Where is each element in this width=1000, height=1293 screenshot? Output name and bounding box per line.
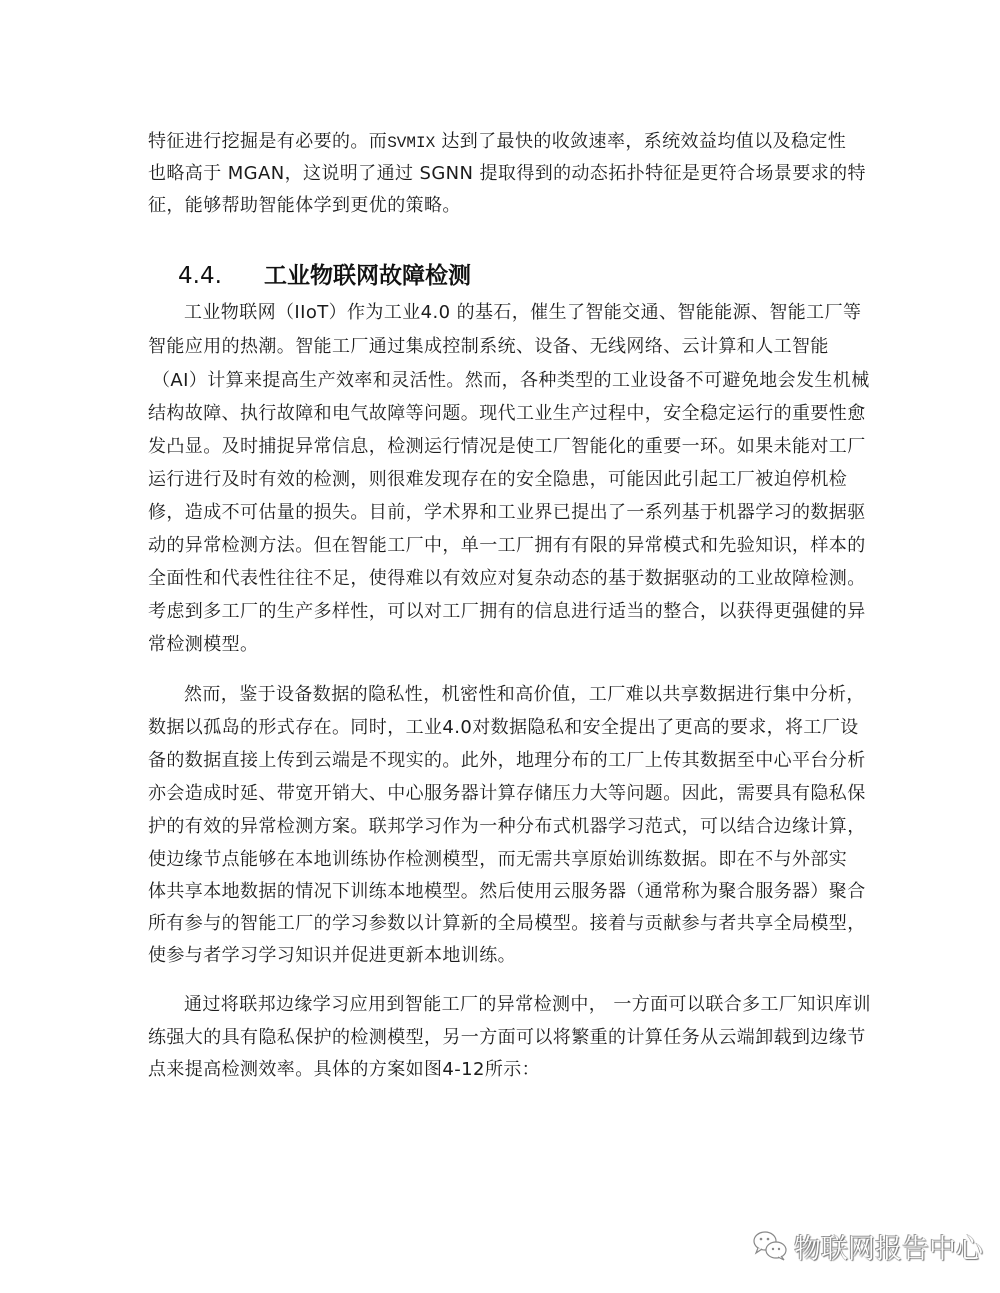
paragraph-line: 然而，鉴于设备数据的隐私性，机密性和高价值，工厂难以共享数据进行集中分析， (184, 684, 865, 706)
paragraph-line: （AI）计算来提高生产效率和灵活性。然而，各种类型的工业设备不可避免地会发生机械 (152, 370, 870, 392)
paragraph-line: 通过将联邦边缘学习应用到智能工厂的异常检测中， 一方面可以联合多工厂知识库训 (184, 994, 871, 1016)
paragraph-line: 智能应用的热潮。智能工厂通过集成控制系统、设备、无线网络、云计算和人工智能 (148, 336, 829, 358)
paragraph-line: 练强大的具有隐私保护的检测模型，另一方面可以将繁重的计算任务从云端卸载到边缘节 (148, 1027, 866, 1049)
paragraph-line: 全面性和代表性往往不足，使得难以有效应对复杂动态的基于数据驱动的工业故障检测。 (148, 568, 866, 590)
paragraph-line: 发凸显。及时捕捉异常信息，检测运行情况是使工厂智能化的重要一环。如果未能对工厂 (148, 436, 866, 458)
watermark-text: 物联网报告中心 (794, 1227, 983, 1266)
text-segment: 达到了最快的收敛速率，系统效益均值以及稳定性 (435, 131, 846, 152)
paragraph-line: 考虑到多工厂的生产多样性，可以对工厂拥有的信息进行适当的整合，以获得更强健的异 (148, 601, 866, 623)
intro-line-3: 征，能够帮助智能体学到更优的策略。 (148, 195, 461, 217)
paragraph-line: 备的数据直接上传到云端是不现实的。此外，地理分布的工厂上传其数据至中心平台分析 (148, 750, 866, 772)
section-number: 4.4. (178, 262, 264, 290)
paragraph-line: 修，造成不可估量的损失。目前，学术界和工业界已提出了一系列基于机器学习的数据驱 (148, 502, 866, 524)
paragraph-line: 点来提高检测效率。具体的方案如图4-12所示： (148, 1059, 540, 1081)
watermark: 物联网报告中心 (752, 1226, 983, 1266)
paragraph-line: 动的异常检测方法。但在智能工厂中，单一工厂拥有有限的异常模式和先验知识，样本的 (148, 535, 866, 557)
paragraph-line: 亦会造成时延、带宽开销大、中心服务器计算存储压力大等问题。因此，需要具有隐私保 (148, 783, 866, 805)
wechat-icon (752, 1229, 788, 1263)
paragraph-line: 结构故障、执行故障和电气故障等问题。现代工业生产过程中，安全稳定运行的重要性愈 (148, 403, 866, 425)
paragraph-line: 使参与者学习学习知识并促进更新本地训练。 (148, 945, 516, 967)
paragraph-line: 运行进行及时有效的检测，则很难发现存在的安全隐患，可能因此引起工厂被迫停机检 (148, 469, 847, 491)
text-segment: 特征进行挖掘是有必要的。而 (148, 131, 387, 152)
paragraph-line: 数据以孤岛的形式存在。同时，工业4.0对数据隐私和安全提出了更高的要求，将工厂设 (148, 717, 859, 739)
intro-line-2: 也略高于 MGAN，这说明了通过 SGNN 提取得到的动态拓扑特征是更符合场景要… (148, 163, 866, 185)
paragraph-line: 常检测模型。 (148, 634, 258, 656)
paragraph-line: 使边缘节点能够在本地训练协作检测模型，而无需共享原始训练数据。即在不与外部实 (148, 849, 847, 871)
section-title: 工业物联网故障检测 (264, 263, 471, 289)
section-heading: 4.4.工业物联网故障检测 (178, 262, 471, 290)
paragraph-line: 体共享本地数据的情况下训练本地模型。然后使用云服务器（通常称为聚合服务器）聚合 (148, 881, 866, 903)
paragraph-line: 工业物联网（IIoT）作为工业4.0 的基石，催生了智能交通、智能能源、智能工厂… (184, 302, 861, 324)
paragraph-line: 所有参与的智能工厂的学习参数以计算新的全局模型。接着与贡献参与者共享全局模型， (148, 913, 866, 935)
code-term-svmix: SVMIX (387, 134, 435, 152)
intro-line-1: 特征进行挖掘是有必要的。而SVMIX 达到了最快的收敛速率，系统效益均值以及稳定… (148, 131, 846, 154)
paragraph-line: 护的有效的异常检测方案。联邦学习作为一种分布式机器学习范式，可以结合边缘计算， (148, 816, 866, 838)
